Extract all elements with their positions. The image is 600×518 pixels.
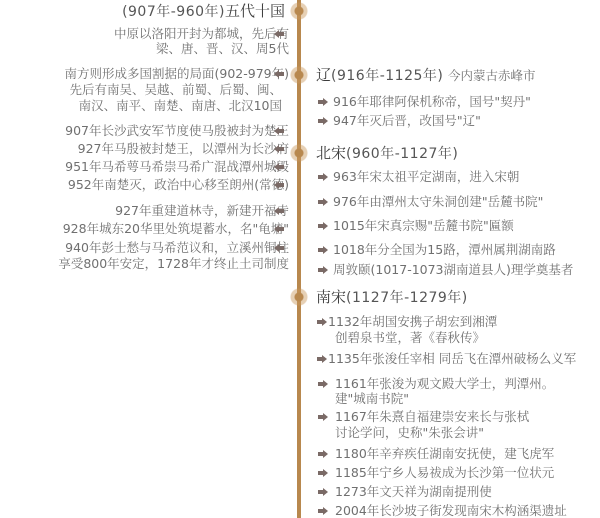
era-name: 南宋 [316,288,346,306]
arrow-left-icon [274,127,284,135]
left-event-text: 940年彭士愁与马希范议和，立溪州铜柱 [65,240,289,255]
arrow-left-icon [274,30,284,38]
left-event-text: 927年马殷被封楚王，以潭州为长沙府 [78,141,289,156]
era-name: 辽 [316,66,331,84]
left-event-text: 享受800年安定，1728年才终止土司制度 [58,256,289,271]
timeline-dot-nansong [290,288,308,306]
arrow-right-icon [317,318,327,326]
arrow-right-icon [318,380,328,388]
era-title-beisong: 北宋(960年-1127年) [316,144,458,163]
left-event-text: 南汉、南平、南楚、南唐、北汉10国 [79,98,282,113]
right-event-text: 1015年宋真宗赐"岳麓书院"匾额 [333,218,514,233]
right-event-text: 建"城南书院" [335,391,409,406]
left-event-text: 928年城东20华里处筑堤蓄水，名"龟塘" [63,221,289,236]
right-event-text: 1273年文天祥为湖南提刑使 [335,484,492,499]
arrow-left-icon [274,207,284,215]
era-range: (916年-1125年) [331,68,443,84]
arrow-right-icon [318,117,328,125]
arrow-left-icon [274,145,284,153]
left-event-text: 梁、唐、晋、汉、周5代 [156,41,289,56]
arrow-right-icon [318,469,328,477]
right-event-text: 1132年胡国安携子胡宏到湘潭 [328,314,497,329]
era-name: 北宋 [316,144,346,162]
timeline-dot-beisong [290,144,308,162]
arrow-right-icon [318,413,328,421]
arrow-right-icon [318,98,328,106]
arrow-right-icon [318,450,328,458]
arrow-right-icon [318,222,328,230]
era-title-nansong: 南宋(1127年-1279年) [316,288,468,307]
right-event-text: 讨论学问，史称"朱张会讲" [335,425,484,440]
era-note: 今内蒙古赤峰市 [448,68,536,83]
left-event-text: 951年马希萼马希崇马希广混战潭州城毁 [65,159,289,174]
timeline-dot-wudai [290,2,308,20]
era-name: 五代十国 [225,2,285,20]
left-event-text: 907年长沙武安军节度使马殷被封为楚王 [65,123,289,138]
left-event-text: 先后有南吴、吴越、前蜀、后蜀、闽、 [69,82,282,97]
left-event-text: 南方则形成多国割据的局面(902-979年) [65,66,289,81]
left-event-text: 中原以洛阳开封为都城，先后有 [114,26,289,41]
arrow-right-icon [318,173,328,181]
era-range: (907年-960年) [122,4,225,20]
right-event-text: 947年灭后晋，改国号"辽" [333,113,481,128]
right-event-text: 1018年分全国为15路，潭州属荆湖南路 [333,242,556,257]
left-event-text: 952年南楚灭，政治中心移至朗州(常德) [68,177,289,192]
timeline-dot-liao [290,66,308,84]
right-event-text: 周敦颐(1017-1073湖南道县人)理学奠基者 [333,262,573,277]
right-event-text: 1161年张浚为观文殿大学士，判潭州。 [335,376,554,391]
left-event-text: 927年重建道林寺，新建开福寺 [115,203,289,218]
era-title-liao: 辽(916年-1125年) 今内蒙古赤峰市 [316,66,535,85]
right-event-text: 1185年宁乡人易祓成为长沙第一位状元 [335,465,554,480]
arrow-right-icon [318,488,328,496]
arrow-right-icon [318,198,328,206]
right-event-text: 1180年辛弃疾任湖南安抚使，建飞虎军 [335,446,554,461]
right-event-text: 1135年张浚任宰相 同岳飞在潭州破杨么义军 [328,351,576,366]
arrow-left-icon [274,70,284,78]
right-event-text: 976年由潭州太守朱洞创建"岳麓书院" [333,194,543,209]
arrow-right-icon [318,266,328,274]
era-range: (960年-1127年) [346,146,458,162]
arrow-left-icon [274,163,284,171]
arrow-left-icon [274,225,284,233]
arrow-left-icon [274,244,284,252]
right-event-text: 1167年朱熹自福建崇安来长与张栻 [335,409,529,424]
era-range: (1127年-1279年) [346,290,468,306]
right-event-text: 916年耶律阿保机称帝，国号"契丹" [333,94,531,109]
arrow-right-icon [318,507,328,515]
right-event-text: 963年宋太祖平定湖南，进入宋朝 [333,169,519,184]
right-event-text: 创碧泉书堂，著《春秋传》 [335,330,485,345]
arrow-left-icon [274,181,284,189]
arrow-right-icon [318,246,328,254]
era-title-wudai: (907年-960年)五代十国 [122,2,285,21]
arrow-right-icon [317,355,327,363]
right-event-text: 2004年长沙坡子街发现南宋木构涵渠遗址 [335,503,567,518]
